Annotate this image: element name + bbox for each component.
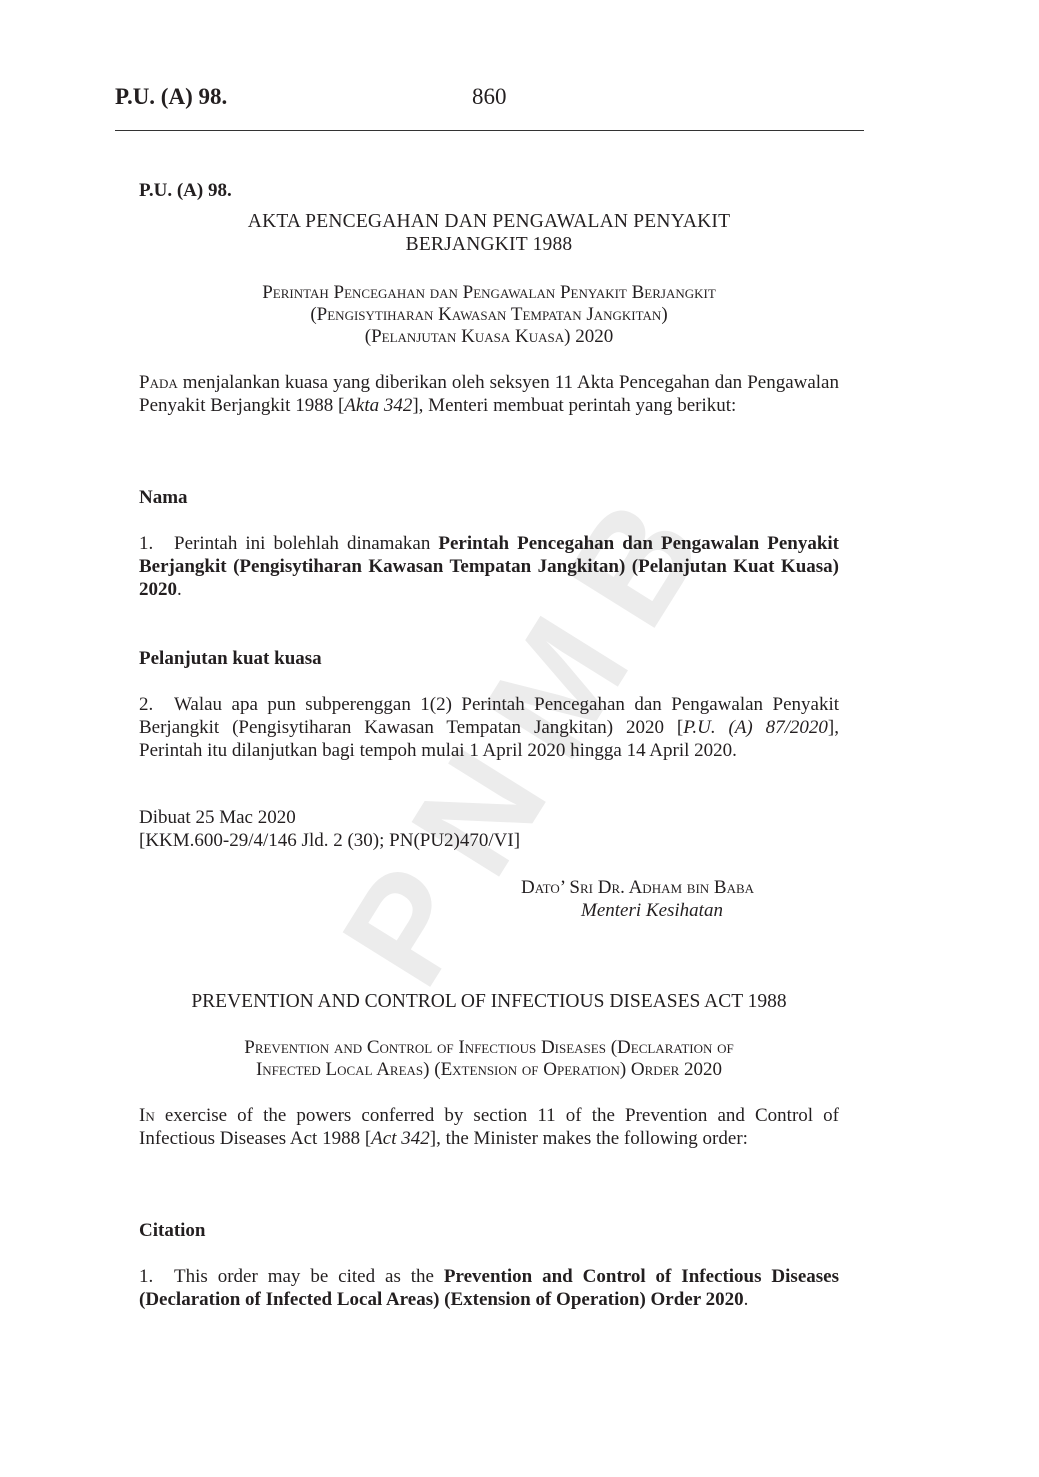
- section-1-english: 1.This order may be cited as the Prevent…: [139, 1265, 839, 1311]
- section-2-malay: 2.Walau apa pun subperenggan 1(2) Perint…: [139, 693, 839, 762]
- act-title-english: PREVENTION AND CONTROL OF INFECTIOUS DIS…: [139, 990, 839, 1013]
- section-number: 2.: [139, 693, 174, 716]
- order-title-malay: Perintah Pencegahan dan Pengawalan Penya…: [139, 282, 839, 348]
- section-text: .: [744, 1289, 749, 1310]
- pu-reference: P.U. (A) 87/2020: [683, 717, 828, 738]
- section-number: 1.: [139, 532, 174, 555]
- header-pu-number: P.U. (A) 98.: [115, 84, 227, 110]
- order-title-line: Perintah Pencegahan dan Pengawalan Penya…: [139, 282, 839, 304]
- preamble-text: ], the Minister makes the following orde…: [430, 1128, 748, 1149]
- page-number: 860: [472, 84, 507, 110]
- preamble-english: In exercise of the powers conferred by s…: [139, 1104, 839, 1150]
- section-number: 1.: [139, 1265, 174, 1288]
- section-text: .: [177, 579, 182, 600]
- running-header: P.U. (A) 98. 860: [115, 84, 863, 114]
- act-reference: Akta 342: [344, 395, 412, 416]
- order-title-english: Prevention and Control of Infectious Dis…: [139, 1037, 839, 1081]
- preamble-lead: Pada: [139, 372, 178, 393]
- made-block: Dibuat 25 Mac 2020 [KKM.600-29/4/146 Jld…: [139, 806, 839, 852]
- section-heading-nama: Nama: [139, 486, 839, 509]
- section-text: This order may be cited as the: [174, 1266, 444, 1287]
- signatory-name: Dato’ Sri Dr. Adham bin Baba: [521, 876, 754, 899]
- section-heading-pelanjutan: Pelanjutan kuat kuasa: [139, 647, 839, 670]
- preamble-lead: In: [139, 1105, 155, 1126]
- section-text: Perintah ini bolehlah dinamakan: [174, 533, 438, 554]
- act-title-malay: AKTA PENCEGAHAN DAN PENGAWALAN PENYAKIT …: [139, 210, 839, 256]
- header-rule: [115, 130, 864, 131]
- made-date: Dibuat 25 Mac 2020: [139, 806, 839, 829]
- file-reference: [KKM.600-29/4/146 Jld. 2 (30); PN(PU2)47…: [139, 829, 839, 852]
- preamble-text: ], Menteri membuat perintah yang berikut…: [412, 395, 736, 416]
- act-title-line: AKTA PENCEGAHAN DAN PENGAWALAN PENYAKIT: [139, 210, 839, 233]
- section-heading-citation: Citation: [139, 1219, 839, 1242]
- order-title-line: Infected Local Areas) (Extension of Oper…: [139, 1059, 839, 1081]
- signatory-title: Menteri Kesihatan: [521, 899, 754, 922]
- preamble-malay: Pada menjalankan kuasa yang diberikan ol…: [139, 371, 839, 417]
- order-title-line: Prevention and Control of Infectious Dis…: [139, 1037, 839, 1059]
- order-title-line: (Pelanjutan Kuasa Kuasa) 2020: [139, 326, 839, 348]
- pu-number: P.U. (A) 98.: [139, 179, 839, 202]
- section-1-malay: 1.Perintah ini bolehlah dinamakan Perint…: [139, 532, 839, 601]
- signature-block: Dato’ Sri Dr. Adham bin Baba Menteri Kes…: [521, 876, 754, 922]
- order-title-line: (Pengisytiharan Kawasan Tempatan Jangkit…: [139, 304, 839, 326]
- act-reference: Act 342: [371, 1128, 430, 1149]
- act-title-line: BERJANGKIT 1988: [139, 233, 839, 256]
